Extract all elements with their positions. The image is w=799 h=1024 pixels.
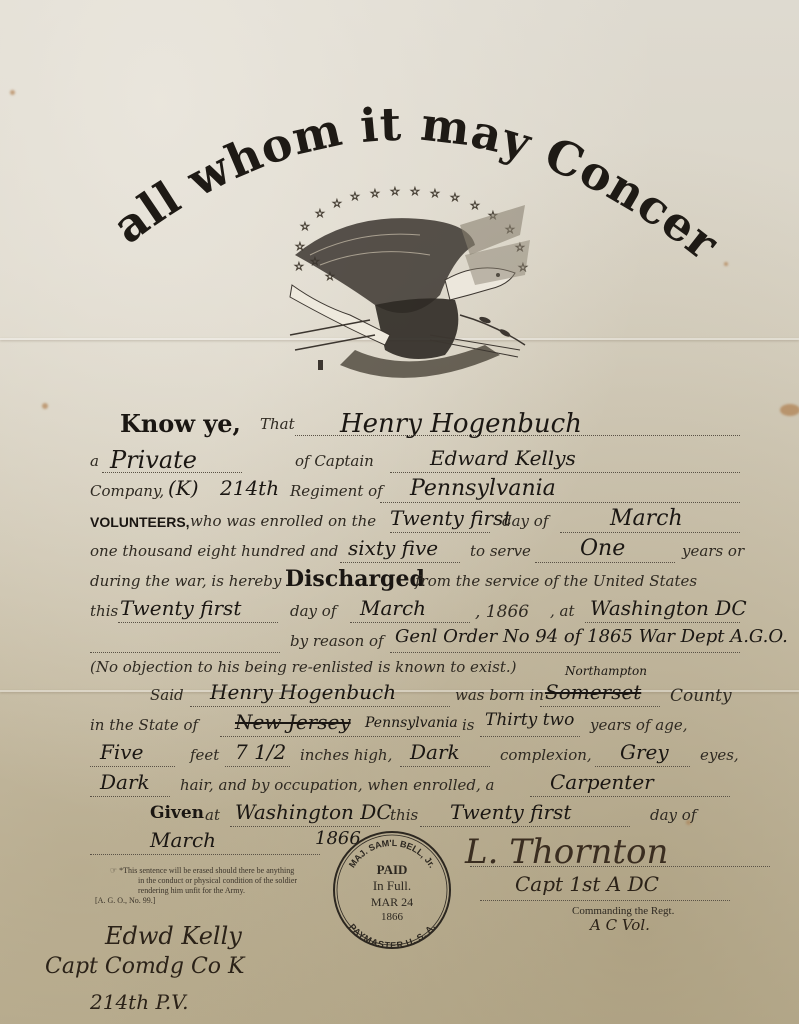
dotted-rule bbox=[220, 736, 460, 737]
svg-text:☆: ☆ bbox=[470, 199, 480, 212]
a-label: a bbox=[90, 452, 99, 470]
dotted-rule bbox=[530, 796, 730, 797]
born-county-correction: Northampton bbox=[565, 664, 647, 678]
dotted-rule bbox=[340, 562, 460, 563]
svg-text:In Full.: In Full. bbox=[373, 878, 411, 893]
this-label: this bbox=[90, 602, 118, 620]
enrolled-year: sixty five bbox=[348, 536, 438, 560]
svg-text:MAR 24: MAR 24 bbox=[371, 895, 413, 909]
in-state-label: in the State of bbox=[90, 716, 198, 734]
svg-text:☆: ☆ bbox=[350, 190, 360, 203]
form-line-name: Know ye, That Henry Hogenbuch bbox=[90, 415, 740, 441]
commander-title: Capt 1st A DC bbox=[515, 872, 659, 896]
term: One bbox=[580, 536, 625, 561]
commanding-annotation: A C Vol. bbox=[590, 916, 650, 934]
paymaster-paid-stamp: MAJ. SAM'L BELL, Jr. PAYMASTER U. S. A. … bbox=[330, 828, 454, 952]
enrolled-day: Twenty first bbox=[390, 506, 511, 530]
eye-color: Grey bbox=[620, 740, 669, 764]
feet-label: feet bbox=[190, 746, 219, 764]
year-prefix-label: one thousand eight hundred and bbox=[90, 542, 338, 560]
eyes-label: eyes, bbox=[700, 746, 739, 764]
dotted-rule bbox=[190, 706, 450, 707]
said-soldier-name: Henry Hogenbuch bbox=[210, 680, 396, 704]
born-state: New Jersey bbox=[235, 710, 351, 734]
dotted-rule bbox=[350, 622, 470, 623]
form-line-discharge-date: this Twenty first day of March , 1866 , … bbox=[90, 602, 740, 628]
day-of-label: day of bbox=[290, 602, 336, 620]
given-label: Given bbox=[150, 803, 204, 823]
form-line-enrolled: VOLUNTEERS, who was enrolled on the Twen… bbox=[90, 512, 740, 538]
dotted-rule bbox=[225, 766, 290, 767]
given-at-label: at bbox=[205, 806, 220, 824]
discharge-month: March bbox=[360, 596, 426, 620]
given-month: March bbox=[150, 828, 216, 852]
company-label: Company, bbox=[90, 482, 164, 500]
svg-text:☆: ☆ bbox=[370, 187, 380, 200]
years-of-age-label: years of age, bbox=[590, 716, 687, 734]
form-line-rank: a Private of Captain Edward Kellys bbox=[90, 452, 740, 478]
dotted-rule bbox=[90, 766, 175, 767]
svg-text:☆: ☆ bbox=[450, 191, 460, 204]
complexion: Dark bbox=[410, 740, 460, 764]
stain bbox=[780, 404, 799, 416]
no-objection-text: (No objection to his being re-enlisted i… bbox=[90, 658, 517, 676]
dotted-rule bbox=[90, 854, 320, 855]
svg-text:PAYMASTER U. S. A.: PAYMASTER U. S. A. bbox=[347, 922, 437, 951]
dotted-rule bbox=[540, 706, 660, 707]
dotted-rule bbox=[390, 532, 490, 533]
hair-occupation-label: hair, and by occupation, when enrolled, … bbox=[180, 776, 494, 794]
captain-signature: Edwd Kelly bbox=[105, 922, 242, 950]
dotted-rule bbox=[390, 652, 740, 653]
height-inches: 7 1/2 bbox=[235, 740, 286, 764]
svg-text:1866: 1866 bbox=[381, 911, 404, 923]
svg-text:☆: ☆ bbox=[430, 187, 440, 200]
discharge-reason: Genl Order No 94 of 1865 War Dept A.G.O. bbox=[395, 626, 788, 647]
by-reason-label: by reason of bbox=[290, 632, 384, 650]
discharge-day: Twenty first bbox=[120, 596, 241, 620]
form-line-physical: Five feet 7 1/2 inches high, Dark comple… bbox=[90, 746, 740, 772]
dotted-rule bbox=[230, 826, 380, 827]
svg-text:☆: ☆ bbox=[332, 197, 342, 210]
discharge-place: Washington DC bbox=[590, 596, 747, 620]
born-county: Somerset bbox=[545, 680, 641, 704]
company-letter: (K) bbox=[168, 476, 199, 500]
svg-text:☆: ☆ bbox=[294, 260, 304, 273]
form-number: [A. G. O., No. 99.] bbox=[95, 896, 155, 905]
complexion-label: complexion, bbox=[500, 746, 592, 764]
that-label: That bbox=[260, 415, 295, 433]
volunteers-label: VOLUNTEERS, bbox=[90, 514, 190, 530]
dotted-rule bbox=[585, 622, 740, 623]
form-line-occupation: Dark hair, and by occupation, when enrol… bbox=[90, 776, 740, 802]
discharge-year: , 1866 bbox=[475, 602, 529, 622]
occupation: Carpenter bbox=[550, 770, 654, 794]
regiment-label: Regiment of bbox=[290, 482, 383, 500]
of-captain-label: of Captain bbox=[295, 452, 374, 470]
signature-rule bbox=[470, 866, 770, 867]
enrolled-month: March bbox=[610, 506, 683, 531]
during-war-label: during the war, is hereby bbox=[90, 572, 281, 590]
dotted-rule bbox=[90, 796, 170, 797]
stain bbox=[10, 90, 15, 95]
born-state-correction: Pennsylvania bbox=[365, 715, 458, 731]
dotted-rule bbox=[595, 766, 690, 767]
svg-text:☆: ☆ bbox=[390, 185, 400, 198]
rank: Private bbox=[110, 446, 197, 474]
to-serve-label: to serve bbox=[470, 542, 531, 560]
form-line-company: Company, (K) 214th Regiment of Pennsylva… bbox=[90, 482, 740, 508]
dotted-rule bbox=[118, 622, 278, 623]
svg-text:☆: ☆ bbox=[410, 185, 420, 198]
form-line-state-age: in the State of New Jersey Pennsylvania … bbox=[90, 716, 740, 742]
inches-label: inches high, bbox=[300, 746, 392, 764]
form-line-birthplace: Said Henry Hogenbuch was born in Somerse… bbox=[90, 686, 740, 712]
captain-name: Edward Kellys bbox=[430, 446, 576, 470]
dotted-rule bbox=[535, 562, 675, 563]
dotted-rule bbox=[390, 472, 740, 473]
years-or-label: years or bbox=[682, 542, 744, 560]
regiment-number: 214th bbox=[220, 476, 279, 500]
eagle-emblem-icon: ☆ ☆ ☆ ☆ ☆ ☆ ☆ ☆ ☆ ☆ ☆ ☆ ☆ ☆ ☆ ☆ ☆ ☆ bbox=[280, 185, 540, 395]
said-label: Said bbox=[150, 686, 184, 704]
svg-text:☆: ☆ bbox=[315, 207, 325, 220]
regiment-state: Pennsylvania bbox=[410, 476, 556, 501]
enrolled-label: who was enrolled on the bbox=[190, 512, 376, 530]
hair-color: Dark bbox=[100, 770, 150, 794]
signature-rule bbox=[480, 900, 730, 901]
dotted-rule bbox=[420, 826, 630, 827]
day-of-label: day of bbox=[502, 512, 548, 530]
form-line-discharged: during the war, is hereby Discharged fro… bbox=[90, 572, 740, 598]
form-line-year: one thousand eight hundred and sixty fiv… bbox=[90, 542, 740, 568]
given-day-of-label: day of bbox=[650, 806, 696, 824]
at-label: , at bbox=[550, 602, 575, 620]
dotted-rule bbox=[480, 736, 580, 737]
svg-text:☆: ☆ bbox=[300, 220, 310, 233]
dotted-rule bbox=[400, 766, 490, 767]
captain-regiment: 214th P.V. bbox=[90, 990, 189, 1014]
stain bbox=[42, 403, 48, 409]
soldier-name: Henry Hogenbuch bbox=[340, 409, 582, 439]
is-label: is bbox=[462, 716, 475, 734]
from-service-label: from the service of the United States bbox=[415, 572, 697, 590]
given-place: Washington DC bbox=[235, 800, 392, 824]
captain-title: Capt Comdg Co K bbox=[45, 954, 244, 979]
svg-text:PAID: PAID bbox=[377, 862, 408, 877]
dotted-rule bbox=[90, 652, 280, 653]
given-day: Twenty first bbox=[450, 800, 571, 824]
dotted-rule bbox=[380, 502, 740, 503]
given-this-label: this bbox=[390, 806, 418, 824]
form-line-reason: by reason of Genl Order No 94 of 1865 Wa… bbox=[90, 632, 740, 658]
height-feet: Five bbox=[100, 740, 143, 764]
know-ye-heading: Know ye, bbox=[120, 409, 241, 438]
dotted-rule bbox=[560, 532, 740, 533]
born-in-label: was born in bbox=[455, 686, 544, 704]
discharged-heading: Discharged bbox=[285, 566, 425, 592]
age: Thirty two bbox=[485, 710, 574, 730]
county-label: County bbox=[670, 686, 732, 706]
